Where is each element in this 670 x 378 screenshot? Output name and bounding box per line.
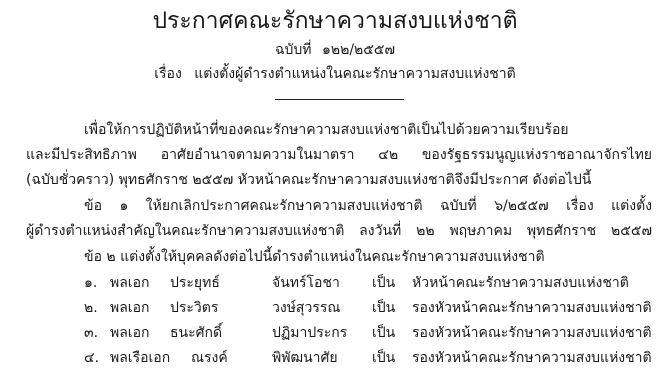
appointee-as: เป็น <box>372 271 395 296</box>
appointee-last-name: วงษ์สุวรรณ <box>272 296 340 321</box>
document-title: ประกาศคณะรักษาความสงบแห่งชาติ <box>0 6 670 36</box>
announcement-number: ฉบับที่ ๑๒๒/๒๕๕๗ <box>0 40 670 60</box>
number-value: ๑๒๒/๒๕๕๗ <box>322 42 395 58</box>
clause-1-paragraph: ข้อ ๑ ให้ยกเลิกประกาศคณะรักษาความสงบแห่ง… <box>26 194 652 244</box>
appointee-as: เป็น <box>372 296 395 321</box>
title-separator-line <box>275 99 404 100</box>
subject-text: แต่งตั้งผู้ดำรงตำแหน่งในคณะรักษาความสงบแ… <box>194 66 516 82</box>
appointee-rank: พลเรือเอก <box>110 346 170 371</box>
appointee-first-name: ธนะศักดิ์ <box>170 321 222 346</box>
appointee-list: ๑. พลเอก ประยุทธ์ จันทร์โอชา เป็น หัวหน้… <box>84 271 654 371</box>
appointee-row: ๒. พลเอก ประวิตร วงษ์สุวรรณ เป็น รองหัวห… <box>84 296 654 321</box>
appointee-row: ๓. พลเอก ธนะศักดิ์ ปฏิมาประกร เป็น รองหั… <box>84 321 654 346</box>
clause-2-paragraph: ข้อ ๒ แต่งตั้งให้บุคคลดังต่อไปนี้ดำรงตำแ… <box>26 245 652 270</box>
appointee-number: ๓. <box>84 321 98 346</box>
appointee-row: ๔. พลเรือเอก ณรงค์ พิพัฒนาศัย เป็น รองหั… <box>84 346 654 371</box>
clause-2-line: ข้อ ๒ แต่งตั้งให้บุคคลดังต่อไปนี้ดำรงตำแ… <box>26 245 652 270</box>
appointee-position: หัวหน้าคณะรักษาความสงบแห่งชาติ <box>412 271 629 296</box>
announcement-document: ประกาศคณะรักษาความสงบแห่งชาติ ฉบับที่ ๑๒… <box>0 0 670 378</box>
appointee-last-name: จันทร์โอชา <box>272 271 340 296</box>
appointee-number: ๑. <box>84 271 97 296</box>
appointee-first-name: ณรงค์ <box>191 346 228 371</box>
appointee-first-name: ประยุทธ์ <box>170 271 220 296</box>
appointee-number: ๔. <box>84 346 99 371</box>
clause-1-line: ผู้ดำรงตำแหน่งสำคัญในคณะรักษาความสงบแห่ง… <box>26 219 652 244</box>
clause-1-line: ข้อ ๑ ให้ยกเลิกประกาศคณะรักษาความสงบแห่ง… <box>26 194 652 219</box>
appointee-position: รองหัวหน้าคณะรักษาความสงบแห่งชาติ <box>412 321 652 346</box>
number-label: ฉบับที่ <box>275 42 312 58</box>
appointee-as: เป็น <box>372 346 395 371</box>
preamble-line: และมีประสิทธิภาพ อาศัยอำนาจตามความในมาตร… <box>26 143 652 168</box>
appointee-row: ๑. พลเอก ประยุทธ์ จันทร์โอชา เป็น หัวหน้… <box>84 271 654 296</box>
appointee-as: เป็น <box>372 321 395 346</box>
appointee-rank: พลเอก <box>110 321 149 346</box>
preamble-line: เพื่อให้การปฏิบัติหน้าที่ของคณะรักษาความ… <box>26 118 652 143</box>
appointee-last-name: พิพัฒนาศัย <box>272 346 338 371</box>
appointee-number: ๒. <box>84 296 98 321</box>
preamble-line: (ฉบับชั่วคราว) พุทธศักราช ๒๕๕๗ หัวหน้าคณ… <box>26 168 652 193</box>
appointee-last-name: ปฏิมาประกร <box>272 321 347 346</box>
preamble-paragraph: เพื่อให้การปฏิบัติหน้าที่ของคณะรักษาความ… <box>26 118 652 193</box>
appointee-rank: พลเอก <box>110 271 149 296</box>
appointee-position: รองหัวหน้าคณะรักษาความสงบแห่งชาติ <box>412 296 652 321</box>
appointee-first-name: ประวิตร <box>170 296 218 321</box>
subject-label: เรื่อง <box>154 66 182 82</box>
appointee-position: รองหัวหน้าคณะรักษาความสงบแห่งชาติ <box>412 346 652 371</box>
appointee-rank: พลเอก <box>110 296 149 321</box>
announcement-subject: เรื่อง แต่งตั้งผู้ดำรงตำแหน่งในคณะรักษาค… <box>0 64 670 84</box>
